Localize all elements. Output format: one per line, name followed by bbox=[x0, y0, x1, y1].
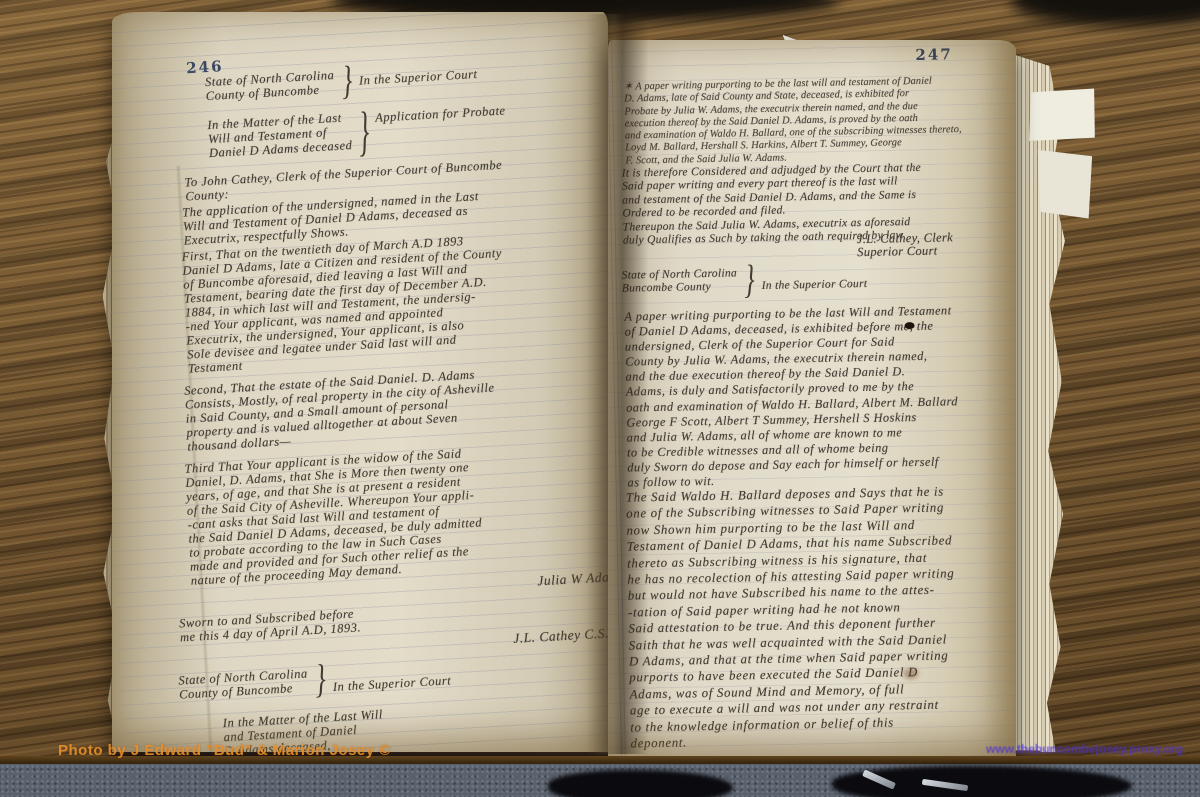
third-paragraph: Third That Your applicant is the widow o… bbox=[184, 446, 485, 588]
left-page-surface: 246 State of North CarolinaCounty of Bun… bbox=[112, 12, 608, 752]
clerk-signature: J.L. Cathey, ClerkSuperior Court bbox=[839, 231, 954, 260]
caption-court: State of North CarolinaCounty of Buncomb… bbox=[205, 68, 336, 103]
right-page: 247 ✶ A paper writing purporting to be t… bbox=[608, 40, 1016, 756]
right-page-surface: 247 ✶ A paper writing purporting to be t… bbox=[608, 40, 1016, 756]
watermark-photo-credit: Photo by J Edward "Bud" & Marion Josey © bbox=[58, 742, 391, 759]
second-paragraph: Second, That the estate of the Said Dani… bbox=[184, 367, 497, 454]
caption-side-label: In the Superior Court bbox=[359, 67, 478, 88]
probate-before-clerk: A paper writing purporting to be the las… bbox=[624, 303, 959, 490]
left-page: 246 State of North CarolinaCounty of Bun… bbox=[112, 12, 608, 752]
brace-glyph: } bbox=[357, 101, 371, 164]
clerk-signature: J.L. Cathey C.S.C bbox=[418, 626, 608, 651]
caption-side-label: In the Superior Court bbox=[762, 278, 868, 293]
caption-side-label: Application for Probate bbox=[375, 103, 506, 124]
watermark-url: www.thebuncombejosey.proxy.org bbox=[986, 742, 1183, 756]
brace-glyph: } bbox=[314, 656, 327, 703]
first-paragraph: First, That on the twentieth day of Marc… bbox=[181, 232, 507, 376]
loose-sheet bbox=[1036, 146, 1097, 222]
page-number: 247 bbox=[915, 45, 953, 64]
margin-rule bbox=[608, 40, 626, 756]
brace-glyph: } bbox=[744, 257, 755, 304]
handwritten-line: Buncombe County bbox=[622, 280, 738, 296]
caption-matter: In the Matter of the LastWill and Testam… bbox=[207, 110, 353, 160]
caption-side-label: In the Superior Court bbox=[332, 673, 451, 694]
brace-glyph: } bbox=[340, 58, 353, 105]
handwritten-line: Superior Court bbox=[857, 245, 953, 260]
caption-court-2: State of North CarolinaCounty of Buncomb… bbox=[178, 666, 309, 701]
caption-court: State of North CarolinaBuncombe County bbox=[621, 267, 737, 296]
handwritten-line: State of North Carolina bbox=[621, 267, 737, 283]
jurat: Sworn to and Subscribed beforeme this 4 … bbox=[179, 606, 362, 644]
deposition: The Said Waldo H. Ballard deposes and Sa… bbox=[626, 483, 958, 752]
top-shadow-right bbox=[1010, 0, 1200, 26]
photo-of-record-book: 246 State of North CarolinaCounty of Bun… bbox=[0, 0, 1200, 797]
probate-entry: ✶ A paper writing purporting to be the l… bbox=[624, 75, 962, 168]
